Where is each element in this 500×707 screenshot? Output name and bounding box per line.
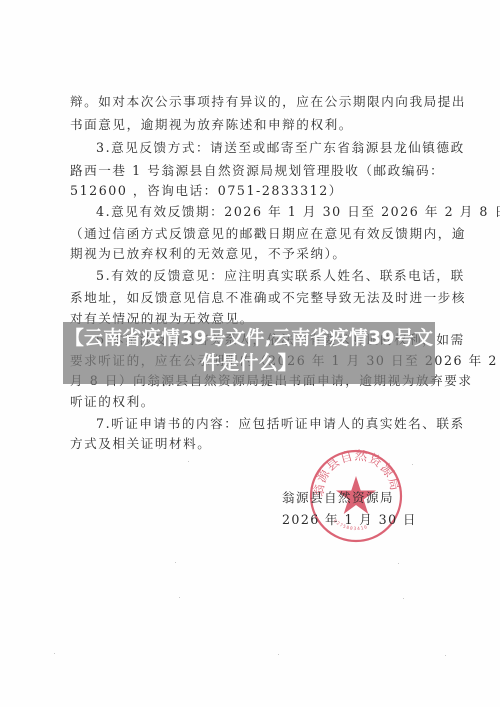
text-line: 512600 ，咨询电话：0751-2833312） — [70, 183, 343, 199]
text-line: 系地址，如反馈意见信息不准确或不完整导致无法及时进一步核 — [70, 290, 466, 306]
scan-speck — [175, 562, 176, 563]
text-line: （通过信函方式反馈意见的邮戳日期应在意见有效反馈期内，逾 — [70, 226, 466, 242]
text-line-item-5: 5.有效的反馈意见：应注明真实联系人姓名、联系电话，联 — [96, 268, 465, 284]
text-line-item-3: 3.意见反馈方式：请送至或邮寄至广东省翁源县龙仙镇德政 — [96, 140, 465, 156]
scan-speck — [54, 653, 55, 654]
text-line: 期视为已放弃权利的无效意见，不予采纳）。 — [70, 246, 347, 262]
headline-title: 【云南省疫情39号文件,云南省疫情39号文件是什么】 — [63, 326, 435, 376]
text-line: 路西一巷 1 号翁源县自然资源局规划管理股收（邮政编码： — [70, 163, 444, 179]
scan-speck — [412, 464, 413, 465]
text-line: 听证的权利。 — [70, 394, 155, 410]
text-line: 方式及相关证明材料。 — [70, 436, 211, 452]
text-line-item-7: 7.听证申请书的内容：应包括听证申请人的真实姓名、联系 — [96, 416, 465, 432]
signature-date: 2026 年 1 月 30 日 — [282, 512, 417, 528]
scan-speck — [179, 597, 180, 598]
signature-organization: 翁源县自然资源局 — [282, 490, 394, 506]
scan-speck — [278, 654, 279, 655]
text-line: 书面意见，逾期视为放弃陈述和申辩的权利。 — [70, 117, 353, 133]
text-line-item-4: 4.意见有效反馈期：2026 年 1 月 30 日至 2026 年 2 月 8 … — [96, 204, 500, 220]
text-line: 辩。如对本次公示事项持有异议的，应在公示期限内向我局提出 — [70, 94, 466, 110]
scan-speck — [188, 461, 189, 462]
scan-speck — [403, 598, 404, 599]
scan-speck — [398, 563, 399, 564]
scan-speck — [445, 655, 446, 656]
